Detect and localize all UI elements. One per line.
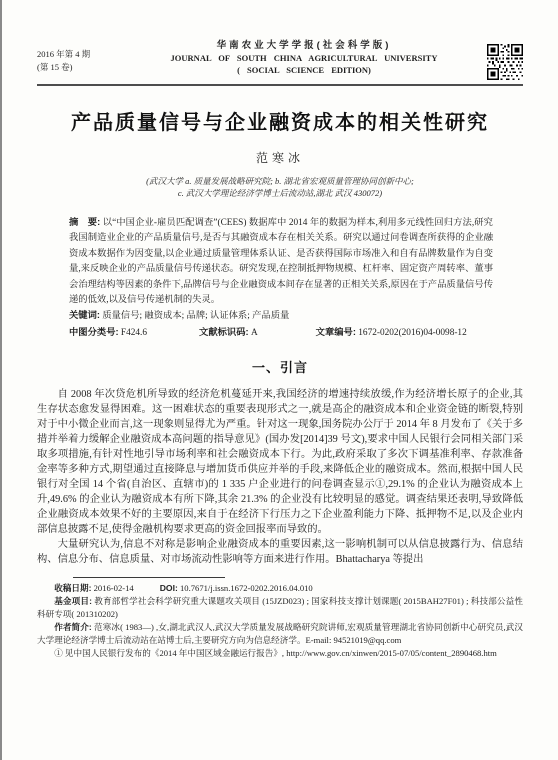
journal-masthead: 2016 年第 4 期 (第 15 卷) 华南农业大学学报(社会科学版) JOU… [37, 36, 523, 80]
footnote-funding: 基金项目: 教育部哲学社会科学研究重大课题攻关项目 (15JZD023) ; 国… [37, 595, 523, 621]
keywords: 关键词: 质量信号; 融资成本; 品牌; 认证体系; 产品质量 [69, 308, 493, 324]
received-date-label: 收稿日期: [54, 583, 91, 593]
abstract-label: 摘 要: [69, 217, 100, 227]
qr-code-icon [487, 44, 523, 80]
keywords-label: 关键词: [69, 310, 100, 320]
affiliation-line-1: (武汉大学 a. 质量发展战略研究院; b. 湖北省宏观质量管理协同创新中心; [37, 175, 523, 187]
affiliation-line-2: c. 武汉大学理论经济学博士后流动站,湖北 武汉 430072) [37, 187, 523, 199]
funding-label: 基金项目: [54, 596, 92, 606]
keywords-text: 质量信号; 融资成本; 品牌; 认证体系; 产品质量 [102, 311, 289, 321]
classification-line: 中图分类号: F424.6 文献标识码: A 文章编号: 1672-0202(2… [69, 325, 493, 341]
abstract-text: 以“中国企业-雇员匹配调查”(CEES) 数据库中 2014 年的数据为样本,利… [69, 218, 493, 305]
footnote-block: 收稿日期: 2016-02-14DOI: 10.7671/j.issn.1672… [37, 582, 523, 660]
section-heading-introduction: 一、引言 [37, 357, 523, 376]
doi-label: DOI: [160, 583, 178, 593]
article-title: 产品质量信号与企业融资成本的相关性研究 [37, 106, 523, 135]
journal-title-cn: 华南农业大学学报(社会科学版) [129, 39, 479, 52]
scan-page-edge [0, 0, 2, 760]
doi-value: 10.7671/j.issn.1672-0202.2016.04.010 [180, 583, 313, 593]
author-bio-text: 范寒冰( 1983—) ,女,湖北武汉人,武汉大学质量发展战略研究院讲师,宏观质… [37, 622, 523, 645]
body-paragraph-1: 自 2008 年次贷危机所导致的经济危机蔓延开来,我国经济的增速持续放缓,作为经… [37, 387, 523, 537]
document-code: 文献标识码: A [199, 325, 258, 341]
footnote-note-1: ① 见中国人民银行发布的《2014 年中国区域金融运行报告》, http://w… [37, 647, 523, 660]
body-paragraph-2: 大量研究认为,信息不对称是影响企业融资成本的重要因素,这一影响机制可以从信息披露… [37, 537, 523, 567]
masthead-rule [37, 84, 523, 86]
funding-text: 教育部哲学社会科学研究重大课题攻关项目 (15JZD023) ; 国家科技支撑计… [37, 596, 523, 619]
author-affiliation: (武汉大学 a. 质量发展战略研究院; b. 湖北省宏观质量管理协同创新中心; … [37, 175, 523, 199]
clc-number: 中图分类号: F424.6 [69, 325, 147, 341]
journal-issue-line: 2016 年第 4 期 [37, 48, 129, 61]
journal-edition-en: ( SOCIAL SCIENCE EDITION) [129, 64, 479, 76]
journal-volume-line: (第 15 卷) [37, 61, 129, 74]
footnote-received-doi: 收稿日期: 2016-02-14DOI: 10.7671/j.issn.1672… [37, 582, 523, 595]
received-date-value: 2016-02-14 [94, 583, 134, 593]
abstract: 摘 要: 以“中国企业-雇员匹配调查”(CEES) 数据库中 2014 年的数据… [69, 215, 493, 308]
footnote-separator [73, 577, 225, 578]
author-name: 范寒冰 [37, 149, 523, 166]
footnote-author-bio: 作者简介: 范寒冰( 1983—) ,女,湖北武汉人,武汉大学质量发展战略研究院… [37, 621, 523, 647]
article-id: 文章编号: 1672-0202(2016)04-0098-12 [316, 325, 467, 341]
journal-issue-block: 2016 年第 4 期 (第 15 卷) [37, 36, 129, 74]
author-bio-label: 作者简介: [54, 622, 92, 632]
journal-title-block: 华南农业大学学报(社会科学版) JOURNAL OF SOUTH CHINA A… [129, 36, 479, 76]
paper-page: 2016 年第 4 期 (第 15 卷) 华南农业大学学报(社会科学版) JOU… [0, 0, 558, 660]
journal-title-en: JOURNAL OF SOUTH CHINA AGRICULTURAL UNIV… [129, 52, 479, 64]
